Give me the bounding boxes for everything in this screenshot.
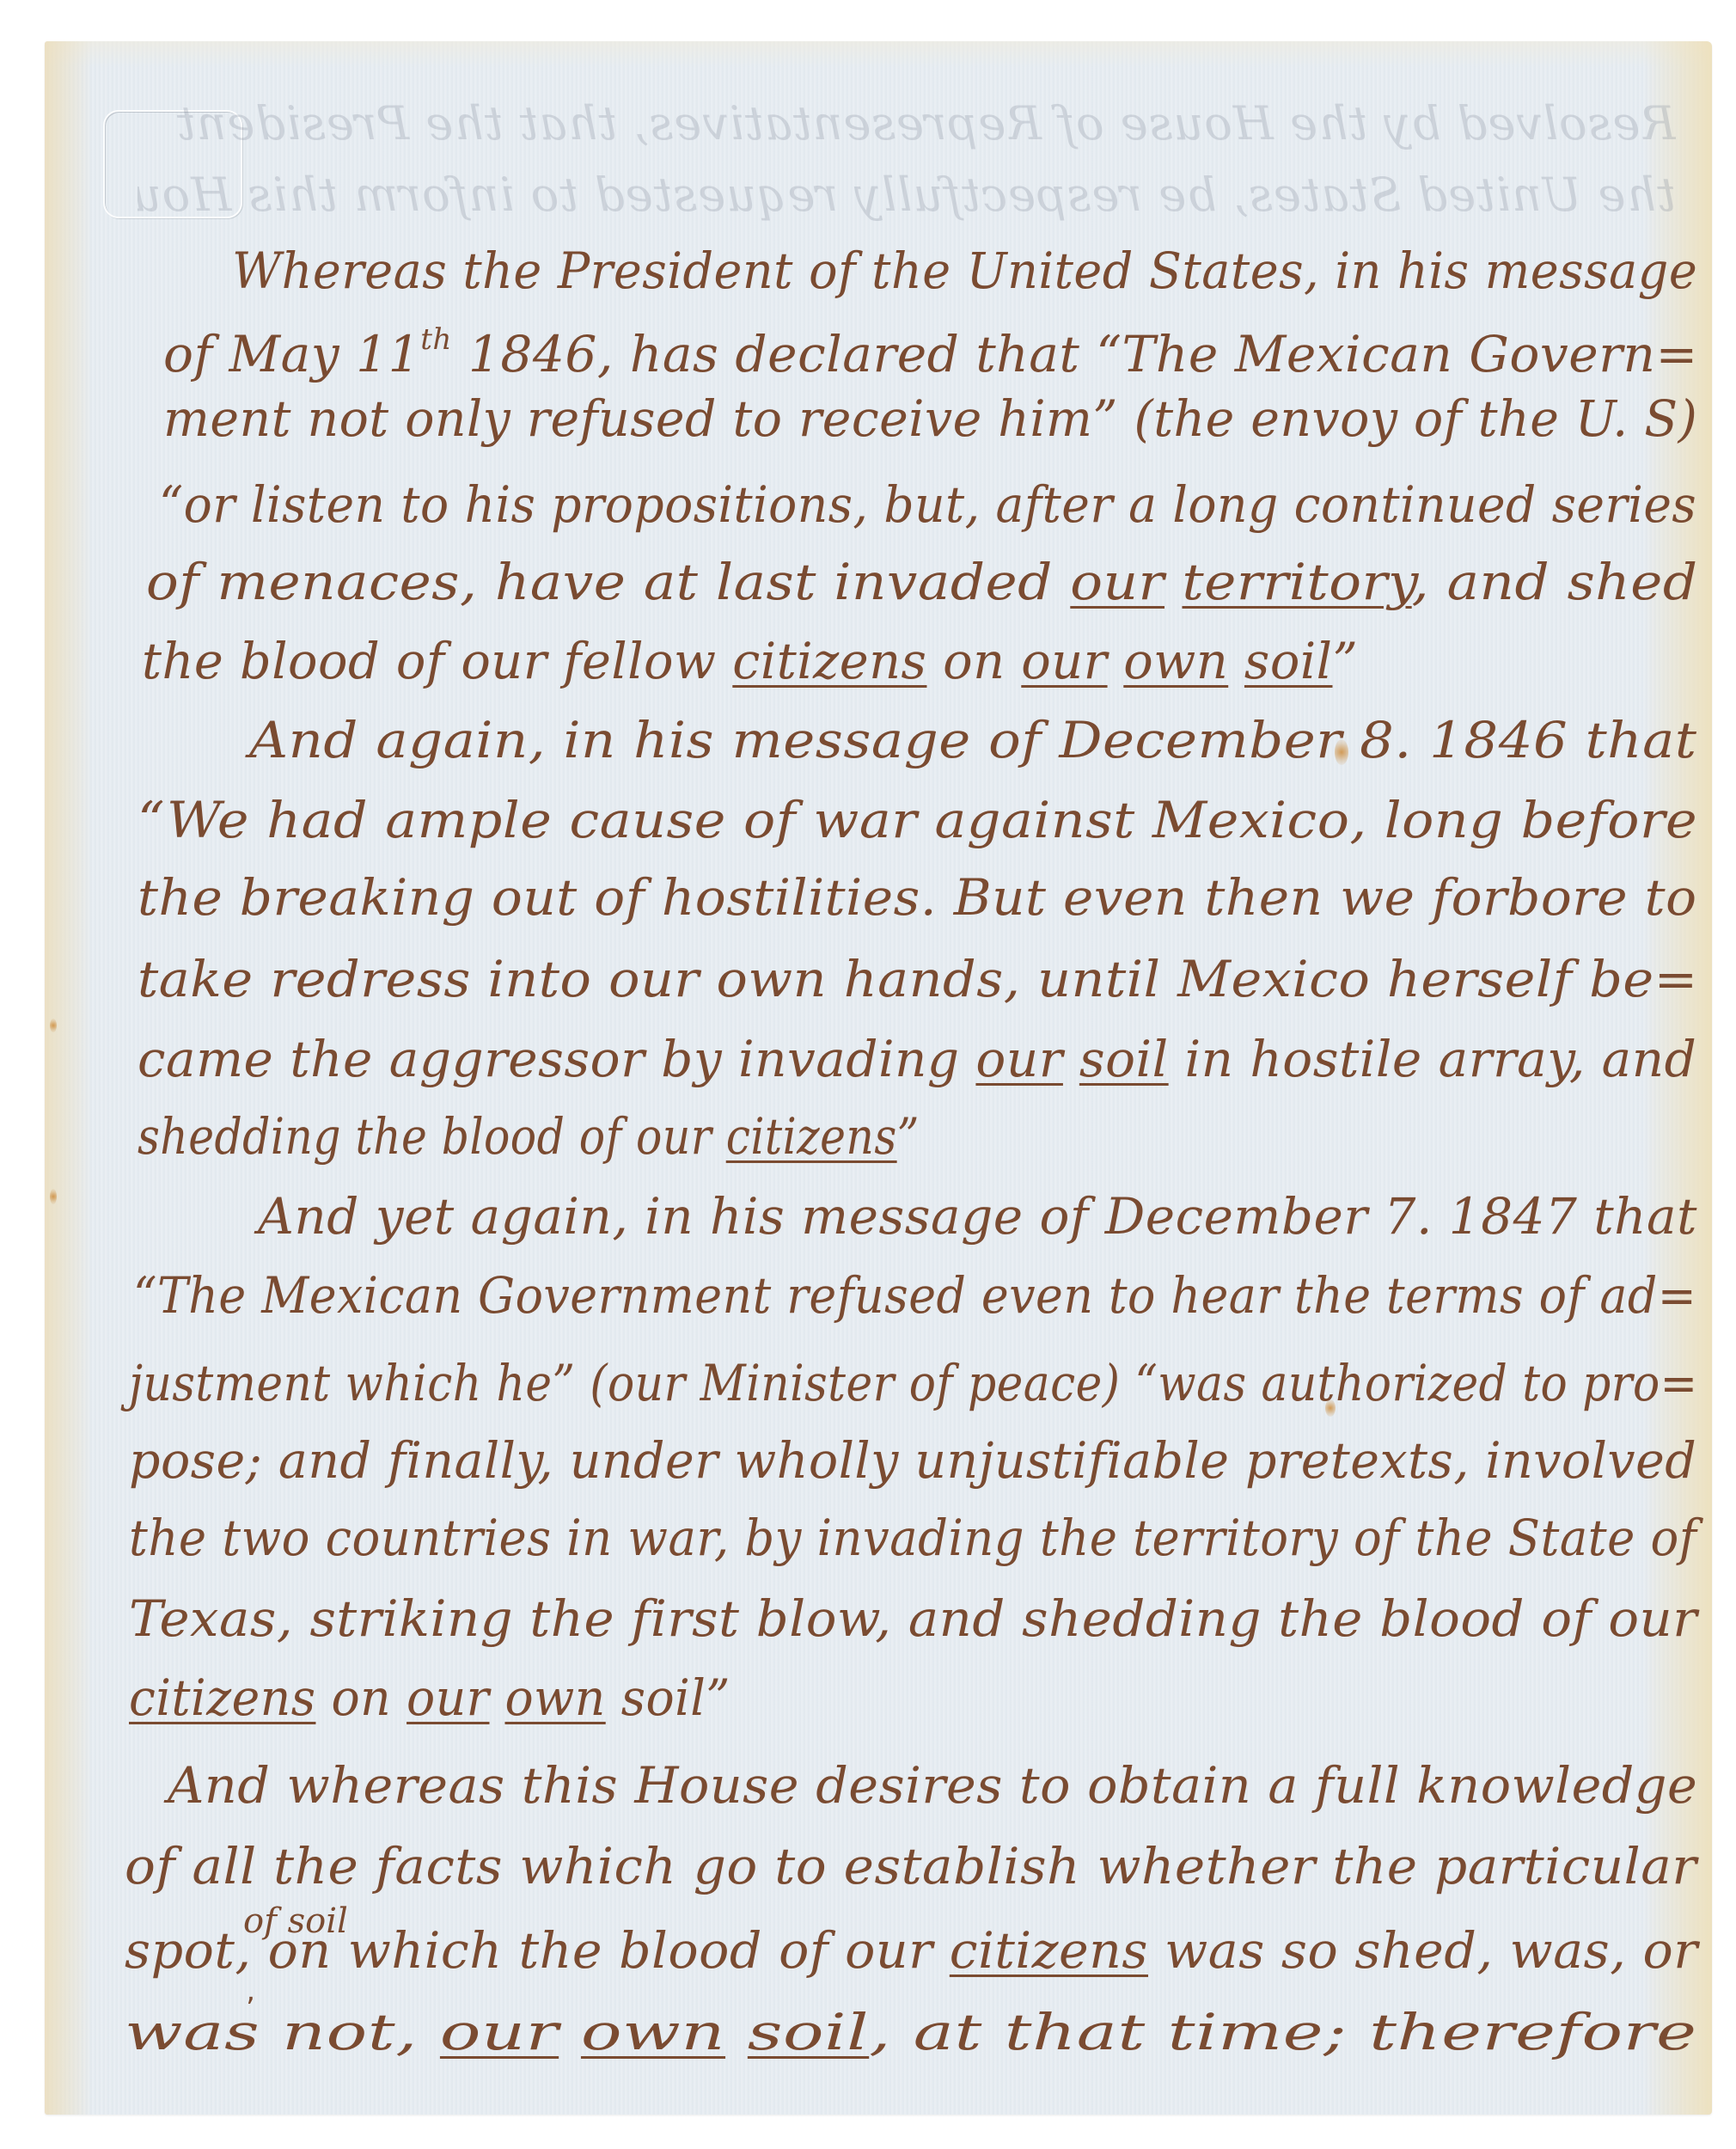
line-text: And yet again, in his message of Decembe… xyxy=(258,1187,1697,1246)
insertion-caret: ‚ xyxy=(246,1974,255,2008)
line-text: ” xyxy=(1332,632,1358,690)
underlined-word: citizens xyxy=(950,1921,1148,1980)
line-text: came the aggressor by invading xyxy=(138,1030,975,1088)
ink-stain xyxy=(50,1189,57,1204)
line-text: on xyxy=(315,1668,406,1727)
underlined-word: soil xyxy=(1244,632,1333,690)
line-text: Texas, striking the first blow, and shed… xyxy=(129,1589,1697,1648)
manuscript-line: the blood of our fellow citizens on our … xyxy=(142,636,1358,686)
line-text: take redress into our own hands, until M… xyxy=(138,950,1698,1008)
manuscript-line: pose; and finally, under wholly unjustif… xyxy=(129,1436,1696,1485)
line-text: ment not only refused to receive him” (t… xyxy=(163,389,1697,448)
line-text: 1846, has declared that “The Mexican Gov… xyxy=(452,325,1698,383)
underlined-word: territory xyxy=(1182,553,1411,611)
line-text: in hostile array, and xyxy=(1169,1030,1697,1088)
manuscript-line: take redress into our own hands, until M… xyxy=(138,954,1698,1004)
line-text: , at that time; therefore xyxy=(869,2003,1696,2061)
line-text: shedding the blood of our xyxy=(138,1107,726,1166)
line-text xyxy=(1063,1030,1079,1088)
underlined-word: own xyxy=(504,1668,605,1727)
line-text xyxy=(1164,553,1182,611)
underlined-word: citizens xyxy=(726,1107,897,1166)
line-text: “The Mexican Government refused even to … xyxy=(133,1266,1696,1325)
manuscript-line: Whereas the President of the United Stat… xyxy=(232,246,1697,296)
underlined-word: soil xyxy=(748,2003,869,2061)
manuscript-line: came the aggressor by invading our soil … xyxy=(138,1034,1696,1084)
manuscript-line: “We had ample cause of war against Mexic… xyxy=(138,795,1697,845)
underlined-word: own xyxy=(581,2003,725,2061)
underlined-word: our xyxy=(1070,553,1164,611)
line-text xyxy=(1228,632,1244,690)
line-text xyxy=(489,1668,504,1727)
manuscript-line: Texas, striking the first blow, and shed… xyxy=(129,1594,1697,1644)
manuscript-line: the two countries in war, by invading th… xyxy=(129,1513,1696,1563)
manuscript-line: was not, our own soil, at that time; the… xyxy=(125,2007,1697,2057)
underlined-word: citizens xyxy=(732,632,926,690)
line-text xyxy=(1108,632,1124,690)
manuscript-line: And yet again, in his message of Decembe… xyxy=(258,1191,1697,1241)
manuscript-line: “The Mexican Government refused even to … xyxy=(133,1270,1696,1320)
line-text xyxy=(725,2003,748,2061)
line-text xyxy=(559,2003,581,2061)
line-text: justment which he” (our Minister of peac… xyxy=(129,1354,1698,1412)
line-text: “We had ample cause of war against Mexic… xyxy=(138,791,1697,849)
underlined-word: our xyxy=(406,1668,489,1727)
manuscript-line: of menaces, have at last invaded our ter… xyxy=(146,557,1698,607)
manuscript-line: of all the facts which go to establish w… xyxy=(125,1841,1696,1891)
manuscript-line: ment not only refused to receive him” (t… xyxy=(163,394,1697,444)
line-text: of all the facts which go to establish w… xyxy=(125,1837,1696,1895)
line-text: th xyxy=(420,322,452,357)
bleed-through-line-2: the United States, be respectfully reque… xyxy=(138,168,1676,222)
underlined-word: citizens xyxy=(129,1668,315,1727)
line-text: of menaces, have at last invaded xyxy=(146,553,1070,611)
manuscript-line: the breaking out of hostilities. But eve… xyxy=(138,872,1697,922)
underlined-word: soil xyxy=(1079,1030,1169,1088)
line-text: And again, in his message of December 8.… xyxy=(249,711,1697,769)
manuscript-line: “or listen to his propositions, but, aft… xyxy=(159,480,1696,530)
ink-stain xyxy=(50,1019,57,1032)
underlined-word: our xyxy=(975,1030,1063,1088)
manuscript-line: shedding the blood of our citizens” xyxy=(138,1111,920,1161)
manuscript-line: spot, on which the blood of our citizens… xyxy=(125,1926,1698,1975)
line-text: “or listen to his propositions, but, aft… xyxy=(159,475,1696,534)
line-text: Whereas the President of the United Stat… xyxy=(232,242,1697,300)
manuscript-line: citizens on our own soil” xyxy=(129,1673,730,1723)
underlined-word: our xyxy=(440,2003,559,2061)
bleed-through-line-1: Resolved by the House of Representatives… xyxy=(138,96,1676,150)
line-text: And whereas this House desires to obtain… xyxy=(168,1756,1697,1815)
line-text: the two countries in war, by invading th… xyxy=(129,1509,1696,1567)
underlined-word: own xyxy=(1123,632,1228,690)
interlinear-insertion: of soil xyxy=(243,1901,348,1941)
manuscript-line: of May 11th 1846, has declared that “The… xyxy=(163,325,1698,379)
underlined-word: our xyxy=(1021,632,1107,690)
line-text: , and shed xyxy=(1412,553,1698,611)
line-text: was not, xyxy=(125,2003,440,2061)
line-text: the blood of our fellow xyxy=(142,632,732,690)
line-text: of May 11 xyxy=(163,325,420,383)
line-text: on xyxy=(926,632,1021,690)
manuscript-line: And whereas this House desires to obtain… xyxy=(168,1760,1697,1810)
line-text: the breaking out of hostilities. But eve… xyxy=(138,868,1697,927)
line-text: pose; and finally, under wholly unjustif… xyxy=(129,1431,1696,1490)
manuscript-line: justment which he” (our Minister of peac… xyxy=(129,1358,1698,1408)
line-text: was so shed, was, or xyxy=(1148,1921,1698,1980)
line-text: ” xyxy=(897,1107,920,1166)
line-text: soil” xyxy=(606,1668,730,1727)
manuscript-line: And again, in his message of December 8.… xyxy=(249,715,1697,765)
